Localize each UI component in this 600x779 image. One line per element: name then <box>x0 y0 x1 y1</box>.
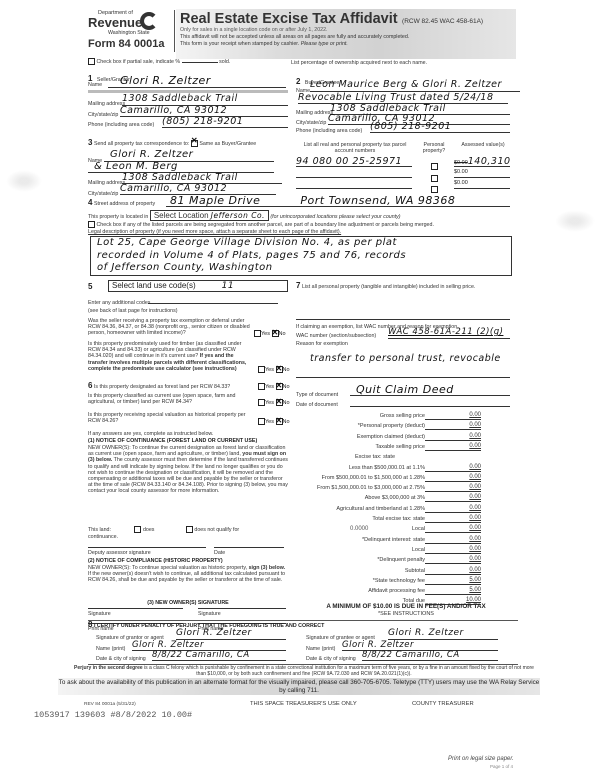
notice-1-text-b: The county assessor must then determine … <box>88 457 288 494</box>
fee-value[interactable]: 0.00 <box>469 505 481 511</box>
q-historic-no-checkbox[interactable] <box>276 418 283 425</box>
minimum-notice: A MINIMUM OF $10.00 IS DUE IN FEE(S) AND… <box>296 603 516 610</box>
buyer-name-field[interactable]: Leon Maurice Berg & Glori R. Zeltzer <box>310 79 520 92</box>
q-forest-wrap: 6 Is this property designated as forest … <box>88 383 253 390</box>
does-label: does <box>143 527 155 533</box>
legal-label: Legal description of property (if you ne… <box>88 229 341 235</box>
q-exemption-no-checkbox[interactable] <box>272 330 279 337</box>
fee-line <box>425 440 481 441</box>
notice-1: Only for sales in a single location code… <box>180 27 328 33</box>
grantor-date-field[interactable]: 8/8/22 Camarillo, CA <box>152 650 286 661</box>
assessed-value-field[interactable]: $0.00140,310 <box>454 156 510 167</box>
q-current-use-no-checkbox[interactable] <box>276 399 283 406</box>
does-not-label: does not qualify for <box>194 527 239 533</box>
q-forest-answer: Yes No <box>258 383 290 390</box>
fee-value[interactable]: 5.00 <box>469 587 481 593</box>
fee-label: Agricultural and timberland at 1.28% <box>336 506 425 512</box>
affidavit-page: Department of Revenue Washington State F… <box>0 0 600 779</box>
does-not-checkbox[interactable] <box>186 526 193 533</box>
see-instructions: *SEE INSTRUCTIONS <box>296 611 516 617</box>
doc-type-field[interactable]: Quit Claim Deed <box>350 383 510 396</box>
legal-paper-note: Print on legal size paper. <box>448 756 514 762</box>
location-handwritten: Jefferson Co. <box>211 211 265 220</box>
fee-row: Gross selling price0.00 <box>300 412 485 421</box>
yes-label: Yes <box>265 384 274 390</box>
parcel-table: List all real and personal property tax … <box>296 142 516 192</box>
section-7: 7 List all personal property (tangible a… <box>296 283 516 393</box>
fee-value[interactable]: 0.00 <box>469 556 481 562</box>
fee-line <box>425 532 481 533</box>
scan-noise <box>6 170 42 192</box>
section-8-number: 8 <box>88 620 92 629</box>
q-timber-yes-checkbox[interactable] <box>258 366 265 373</box>
perjury-text: is a class C felony which is punishable … <box>144 665 534 677</box>
seller-phone-field[interactable]: (805) 218-9201 <box>162 116 288 128</box>
personal-property-checkbox[interactable] <box>431 186 438 193</box>
fee-label: Taxable selling price <box>375 444 425 450</box>
continuance-label: continuance. <box>88 534 118 540</box>
fee-line <box>425 522 481 523</box>
notice-3-text: This form is your receipt when stamped b… <box>180 41 299 47</box>
signature-title: (3) NEW OWNER(S) SIGNATURE <box>88 600 288 606</box>
wac-label: WAC number (section/subsection) <box>296 333 376 339</box>
section-4: 4 Street address of property 81 Maple Dr… <box>88 196 518 276</box>
notice-1-title: (1) NOTICE OF CONTINUANCE (FOREST LAND O… <box>88 438 257 444</box>
assessed-value-field[interactable]: $0.00 <box>454 169 510 178</box>
if-yes-note: If any answers are yes, complete as inst… <box>88 431 213 437</box>
rev-number: REV 84 0001a (5/31/22) <box>84 702 136 707</box>
fee-value[interactable]: 0.00 <box>469 494 481 500</box>
q-forest-no-checkbox[interactable] <box>276 383 283 390</box>
q-historic-yes-checkbox[interactable] <box>258 418 265 425</box>
fee-line <box>425 429 481 430</box>
fee-value[interactable]: 0.00 <box>469 433 481 439</box>
fee-label: Exemption claimed (deduct) <box>357 434 425 440</box>
partial-sale-row: Check box if partial sale, indicate % so… <box>88 58 230 65</box>
reason-field[interactable]: transfer to personal trust, revocable <box>310 353 510 364</box>
notice-2-text-a: NEW OWNER(S): To continue special valuat… <box>88 565 247 571</box>
location-select[interactable]: Select Location Jefferson Co. <box>150 210 269 221</box>
fee-value[interactable]: 0.00 <box>469 536 481 542</box>
section-7-number: 7 <box>296 281 300 290</box>
q-exemption-yes-checkbox[interactable] <box>254 330 261 337</box>
personal-property-field[interactable] <box>296 319 510 320</box>
county-treasurer-label: COUNTY TREASURER <box>412 701 474 707</box>
section-2: 2 Buyer/Grantee Name Leon Maurice Berg &… <box>296 68 521 128</box>
land-use-code: 11 <box>196 281 234 291</box>
legal-line-3: of Jefferson County, Washington <box>97 262 511 275</box>
partial-sale-percent-field[interactable] <box>182 62 218 63</box>
land-use-select[interactable]: Select land use code(s)11 <box>108 280 288 292</box>
no-label: No <box>279 331 286 337</box>
fee-label: *State technology fee <box>373 578 425 584</box>
fee-value[interactable]: 0.00 <box>469 525 481 531</box>
fee-row: *Delinquent penalty0.00 <box>300 556 485 565</box>
fee-value[interactable]: 5.00 <box>469 577 481 583</box>
instructions-note: (see back of last page for instructions) <box>88 308 178 314</box>
assessed-value-field[interactable]: $0.00 <box>454 180 510 189</box>
assessed-col-header: Assessed value(s) <box>458 142 508 148</box>
fee-line <box>425 594 481 595</box>
fee-value[interactable]: 0.00 <box>469 443 481 449</box>
section-8-divider <box>88 620 518 621</box>
fee-row: Less than $500,000.01 at 1.1%0.00 <box>300 464 485 473</box>
sold-label: sold. <box>219 59 230 65</box>
title-text: Real Estate Excise Tax Affidavit <box>180 11 398 27</box>
fee-value[interactable]: 0.00 <box>469 484 481 490</box>
fee-label: Above $3,000,000 at 3% <box>365 495 425 501</box>
q-current-use-answer: Yes No <box>258 399 290 406</box>
fee-row: Excise tax: state <box>300 453 485 462</box>
form-number: Form 84 0001a <box>88 38 164 50</box>
new-owner-signature-line-2[interactable] <box>198 608 286 609</box>
street-label-wrap: 4 Street address of property <box>88 200 155 207</box>
notice-2-text: NEW OWNER(S): To continue special valuat… <box>88 565 288 584</box>
this-land-label: This land: <box>88 527 111 533</box>
fee-line <box>425 543 481 544</box>
fee-value[interactable]: 0.00 <box>469 412 481 418</box>
yes-label: Yes <box>261 331 270 337</box>
fee-label: Gross selling price <box>380 413 425 419</box>
doc-date-label: Date of document <box>296 402 338 408</box>
additional-codes-label: Enter any additional codes <box>88 300 150 306</box>
doc-date-field[interactable] <box>350 400 510 407</box>
fee-label: Subtotal <box>405 568 425 574</box>
perjury-bold: Perjury in the second degree <box>74 665 143 671</box>
fee-row: Above $3,000,000 at 3%0.00 <box>300 494 485 503</box>
page-number: Page 1 of 4 <box>490 764 513 769</box>
fee-line <box>425 512 481 513</box>
fee-label: *Personal property (deduct) <box>358 423 425 429</box>
partial-sale-label: Check box if partial sale, indicate % <box>96 59 180 65</box>
fee-value[interactable]: 0.00 <box>469 474 481 480</box>
assessed-printed: $0.00 <box>454 160 468 166</box>
fee-line <box>425 553 481 554</box>
revenue-label: Revenue <box>88 15 142 30</box>
unincorporated-note: (for unincorporated locations please sel… <box>270 214 400 220</box>
fee-row: Total excise tax: state0.00 <box>300 515 485 524</box>
fee-row: From $1,500,000.01 to $3,000,000 at 2.75… <box>300 484 485 493</box>
fee-line <box>425 491 481 492</box>
fee-line <box>425 450 481 451</box>
fee-row: *Personal property (deduct)0.00 <box>300 422 485 431</box>
scan-noise <box>555 210 595 232</box>
grantee-date-field[interactable]: 8/8/22 Camarillo, CA <box>362 650 498 661</box>
this-land-row: This land: does does not qualify for <box>88 526 239 533</box>
section-6-number: 6 <box>88 381 92 390</box>
fee-line <box>425 471 481 472</box>
q-current-use: Is this property classified as current u… <box>88 393 248 405</box>
fee-line <box>425 584 481 585</box>
parcel-row: 94 080 00 25-25971 $0.00140,310 <box>296 156 516 168</box>
perjury-note: Perjury in the second degree is a class … <box>74 666 534 678</box>
grantee-name-label: Name (print) <box>306 646 335 652</box>
legal-description-field[interactable]: Lot 25, Cape George Village Division No.… <box>90 236 512 276</box>
fee-label: Less than $500,000.01 at 1.1% <box>349 465 425 471</box>
parcel-row: $0.00 <box>296 169 516 179</box>
citation-text: (RCW 82.45 WAC 458-61A) <box>402 18 483 25</box>
yes-label: Yes <box>265 367 274 373</box>
fee-row: Affidavit processing fee5.00 <box>300 587 485 596</box>
notice-2-title: (2) NOTICE OF COMPLIANCE (HISTORIC PROPE… <box>88 558 223 564</box>
ownership-note: List percentage of ownership acquired ne… <box>291 60 427 66</box>
parcel-number-field[interactable]: 94 080 00 25-25971 <box>296 156 412 167</box>
fee-label: Local <box>412 547 425 553</box>
legal-line-2: recorded in Volume 4 of Plats, pages 75 … <box>97 250 511 263</box>
q-forest: Is this property designated as forest la… <box>94 384 230 390</box>
fee-line <box>425 574 481 575</box>
q-timber: Is this property predominately used for … <box>88 341 253 372</box>
correspondence-label: Send all property tax correspondence to: <box>94 141 189 147</box>
segregated-label: Check box if any of the listed parcels a… <box>96 222 433 228</box>
parcel-col-header: List all real and personal property tax … <box>296 142 414 154</box>
deputy-date-line[interactable] <box>214 547 284 548</box>
fee-label: From $500,000.01 to $1,500,000 at 1.28% <box>322 475 425 481</box>
yes-label: Yes <box>265 400 274 406</box>
signature-label-1: Signature <box>88 611 111 617</box>
same-as-buyer-checkbox[interactable] <box>191 140 198 147</box>
fee-value[interactable]: 0.00 <box>469 464 481 470</box>
seller-name-label: Name <box>88 82 102 88</box>
treasurer-use-label: THIS SPACE TREASURER'S USE ONLY <box>250 701 357 707</box>
fee-line <box>425 419 481 420</box>
fee-value[interactable]: 0.00 <box>469 567 481 573</box>
header-divider <box>174 10 175 52</box>
grantor-date-label: Date & city of signing <box>96 656 146 662</box>
grantor-name-label: Name (print) <box>96 646 125 652</box>
seller-name-field[interactable]: Glori R. Zeltzer <box>108 74 286 88</box>
fee-row: From $500,000.01 to $1,500,000 at 1.28%0… <box>300 474 485 483</box>
no-label: No <box>283 384 290 390</box>
notice-2: This affidavit will not be accepted unle… <box>180 34 409 40</box>
segregated-row: Check box if any of the listed parcels a… <box>88 221 434 228</box>
state-label: Washington State <box>108 30 150 36</box>
fee-label: Total excise tax: state <box>372 516 425 522</box>
doc-type-label: Type of document <box>296 392 338 398</box>
seller-phone-label: Phone (including area code) <box>88 122 154 128</box>
q-timber-answer: Yes No <box>258 366 290 373</box>
fee-line <box>425 563 481 564</box>
no-label: No <box>283 367 290 373</box>
fee-row: Taxable selling price0.00 <box>300 443 485 452</box>
personal-property-wrap: 7 List all personal property (tangible a… <box>296 283 511 290</box>
personal-col-header: Personal property? <box>416 142 452 154</box>
fee-row: Local0.00000.00 <box>300 525 485 534</box>
additional-codes-field[interactable] <box>148 298 278 304</box>
fee-line <box>425 481 481 482</box>
fee-row: *Delinquent interest: state0.00 <box>300 536 485 545</box>
section-4-number: 4 <box>88 198 92 207</box>
legal-line-1: Lot 25, Cape George Village Division No.… <box>97 237 511 250</box>
section-1: 1 Seller/Grantor Name Glori R. Zeltzer M… <box>88 68 288 128</box>
location-select-label: Select Location <box>154 211 209 220</box>
reason-line <box>296 377 510 378</box>
q-current-use-yes-checkbox[interactable] <box>258 399 265 406</box>
q-historic: Is this property receiving special valua… <box>88 412 248 424</box>
fee-label: From $1,500,000.01 to $3,000,000 at 2.75… <box>317 485 425 491</box>
street-address-field[interactable]: 81 Maple DrivePort Townsend, WA 98368 <box>166 194 510 207</box>
buyer-phone-field[interactable]: (805) 218-9201 <box>370 121 510 133</box>
parcel-number-field[interactable] <box>296 180 412 189</box>
q-exemption-answer: Yes No <box>254 330 286 337</box>
fee-label: *Delinquent penalty <box>377 557 425 563</box>
fee-value[interactable]: 0.00 <box>469 546 481 552</box>
partial-sale-checkbox[interactable] <box>88 58 95 65</box>
same-as-buyer-label: Same as Buyer/Grantee <box>199 141 256 147</box>
grantee-date-label: Date & city of signing <box>306 656 356 662</box>
land-use-select-label: Select land use code(s) <box>112 281 196 290</box>
deputy-label: Deputy assessor signature <box>88 550 151 556</box>
fee-label: Local <box>412 526 425 532</box>
q-historic-answer: Yes No <box>258 418 290 425</box>
does-checkbox[interactable] <box>134 526 141 533</box>
section-5: 5 Select land use code(s)11 Enter any ad… <box>88 280 293 380</box>
treasurer-stamp: 1053917 139603 #8/8/2022 10.00# <box>34 710 192 720</box>
grantee-signature-field[interactable]: Glori R. Zeltzer <box>388 628 498 640</box>
section-3-number: 3 <box>88 138 92 147</box>
logo-swirl-icon <box>140 12 158 30</box>
alternate-format-note: To ask about the availability of this pu… <box>58 678 540 695</box>
fee-label: Excise tax: state <box>355 454 395 460</box>
new-owner-signature-line-1[interactable] <box>88 608 183 609</box>
fee-label: Affidavit processing fee <box>368 588 425 594</box>
fee-label: *Delinquent interest: state <box>362 537 425 543</box>
wac-field[interactable]: WAC 458-61A-211 (2)(g) <box>388 327 510 339</box>
notice-3: This form is your receipt when stamped b… <box>180 41 348 47</box>
fee-row: Local0.00 <box>300 546 485 555</box>
yes-label: Yes <box>265 419 274 425</box>
grantor-signature-field[interactable]: Glori R. Zeltzer <box>176 628 286 640</box>
parcel-number-field[interactable] <box>296 169 412 178</box>
q-exemption: Was the seller receiving a property tax … <box>88 318 253 337</box>
notice-2-text-bold: sign (3) below. <box>249 565 286 571</box>
deputy-signature-line[interactable] <box>88 547 206 548</box>
fee-row: Agricultural and timberland at 1.28%0.00 <box>300 505 485 514</box>
street-address: 81 Maple Drive <box>166 194 260 207</box>
buyer-phone-label: Phone (including area code) <box>296 128 362 134</box>
fee-value[interactable]: 0.00 <box>469 422 481 428</box>
assessed-handwritten: 140,310 <box>468 156 511 167</box>
deputy-date-label: Date <box>214 550 225 556</box>
fee-row: Subtotal0.00 <box>300 567 485 576</box>
notice-1-text: NEW OWNER(S): To continue the current de… <box>88 445 288 495</box>
correspondence-heading: 3 Send all property tax correspondence t… <box>88 140 256 147</box>
notice-3-italic: Please type or print. <box>301 41 348 47</box>
no-label: No <box>283 419 290 425</box>
fee-line <box>425 501 481 502</box>
segregated-checkbox[interactable] <box>88 221 95 228</box>
no-label: No <box>283 400 290 406</box>
q-timber-no-checkbox[interactable] <box>276 366 283 373</box>
buyer-city-label: City/state/zip <box>296 120 326 126</box>
q-forest-yes-checkbox[interactable] <box>258 383 265 390</box>
property-city: Port Townsend, WA 98368 <box>260 194 455 207</box>
street-label: Street address of property <box>94 201 155 207</box>
fee-row: Exemption claimed (deduct)0.00 <box>300 433 485 442</box>
signature-label-2: Signature <box>198 611 221 617</box>
fee-row: *State technology fee5.00 <box>300 577 485 586</box>
reason-label: Reason for exemption <box>296 341 348 347</box>
parcel-row: $0.00 <box>296 180 516 190</box>
location-row: This property is located in Select Locat… <box>88 211 401 221</box>
notice-2-text-b: If the new owner(s) doesn't wish to cont… <box>88 571 285 583</box>
local-rate: 0.0000 <box>350 526 368 532</box>
section-5-number: 5 <box>88 282 92 291</box>
personal-property-label: List all personal property (tangible and… <box>302 284 475 290</box>
section-2-number: 2 <box>296 77 300 86</box>
dor-logo: Department of Revenue Washington State F… <box>88 10 176 54</box>
seller-city-label: City/state/zip <box>88 112 118 118</box>
page-title: Real Estate Excise Tax Affidavit (RCW 82… <box>180 10 483 28</box>
fee-value[interactable]: 0.00 <box>469 515 481 521</box>
located-label: This property is located in <box>88 214 148 220</box>
